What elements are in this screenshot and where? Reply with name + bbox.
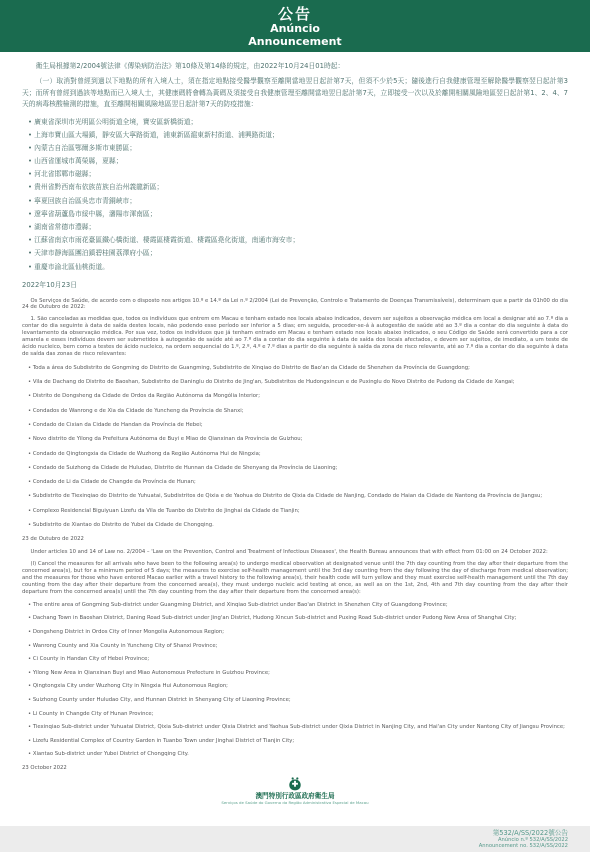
issuer-name-zh: 澳門特別行政區政府衛生局 (22, 792, 568, 800)
risk-area-list-item: Condado de Li da Cidade de Changde da Pr… (28, 479, 568, 486)
risk-area-list-item: 上海市寶山區大場鎮，靜安區大寧路街道，浦東新區滬東新村街道、浦興路街道； (28, 131, 568, 139)
risk-area-list-item: 內蒙古自治區鄂爾多斯市東勝區； (28, 144, 568, 152)
zh-risk-area-list: 廣東省深圳市光明區公明街道全境，寶安區新橋街道；上海市寶山區大場鎮，靜安區大寧路… (22, 118, 568, 271)
risk-area-list-item: Lizefu Residential Complex of Country Ga… (28, 738, 568, 745)
announcement-header: 公告 Anúncio Announcement (0, 0, 590, 52)
zh-intro-paragraph: 衛生局根據第2/2004號法律《傳染病防治法》第10條及第14條的規定，由202… (22, 62, 568, 71)
risk-area-list-item: Subdistrito de Tiexinqiao do Distrito de… (28, 493, 568, 500)
section-english: Under articles 10 and 14 of Law no. 2/20… (22, 549, 568, 771)
risk-area-list-item: 重慶市渝北區仙桃街道。 (28, 263, 568, 271)
risk-area-list-item: Yilong New Area in Qianxinan Buyi and Mi… (28, 670, 568, 677)
announcement-number-en: Announcement no. 532/A/SS/2022 (0, 843, 568, 849)
risk-area-list-item: Qingtongxia City under Wuzhong City in N… (28, 683, 568, 690)
announcement-body: 衛生局根據第2/2004號法律《傳染病防治法》第10條及第14條的規定，由202… (0, 62, 590, 805)
zh-date: 2022年10月23日 (22, 279, 568, 289)
en-measures-paragraph: (I) Cancel the measures for all arrivals… (22, 561, 568, 596)
en-risk-area-list: The entire area of Gongming Sub-district… (22, 602, 568, 758)
macau-health-bureau-logo-icon (288, 777, 302, 791)
announcement-page: 公告 Anúncio Announcement 衛生局根據第2/2004號法律《… (0, 0, 590, 852)
pt-date: 23 de Outubro de 2022 (22, 536, 568, 542)
pt-risk-area-list: Toda a área do Subdistrito de Gongming d… (22, 365, 568, 529)
risk-area-list-item: 廣東省深圳市光明區公明街道全境，寶安區新橋街道； (28, 118, 568, 126)
risk-area-list-item: 湖南省常德市澧縣； (28, 223, 568, 231)
issuer-name-pt: Serviços de Saúde do Governo da Região A… (22, 800, 568, 805)
en-date: 23 October 2022 (22, 765, 568, 771)
risk-area-list-item: 寧夏回族自治區吳忠市青銅峽市； (28, 197, 568, 205)
risk-area-list-item: Xiantao Sub-district under Yubei Distric… (28, 751, 568, 758)
risk-area-list-item: Subdistrito de Xiantao do Distrito de Yu… (28, 522, 568, 529)
risk-area-list-item: 山西省運城市萬榮縣，夏縣； (28, 157, 568, 165)
risk-area-list-item: Tiexinqiao Sub-district under Yuhuatai D… (28, 724, 568, 731)
header-title-pt: Anúncio (0, 23, 590, 35)
risk-area-list-item: Condados de Wanrong e de Xia da Cidade d… (28, 408, 568, 415)
risk-area-list-item: Toda a área do Subdistrito de Gongming d… (28, 365, 568, 372)
risk-area-list-item: Complexo Residencial Biguiyuan Lizefu da… (28, 508, 568, 515)
risk-area-list-item: 遼寧省葫蘆島市綏中縣，瀋陽市渾南區； (28, 210, 568, 218)
risk-area-list-item: The entire area of Gongming Sub-district… (28, 602, 568, 609)
announcement-number-zh: 第532/A/SS/2022號公告 (0, 829, 568, 837)
risk-area-list-item: Dongsheng District in Ordos City of Inne… (28, 629, 568, 636)
risk-area-list-item: Dachang Town in Baoshan District, Daning… (28, 615, 568, 622)
risk-area-list-item: Li County in Changde City of Hunan Provi… (28, 711, 568, 718)
pt-measures-paragraph: 1. São canceladas as medidas que, todos … (22, 316, 568, 357)
pt-intro-paragraph: Os Serviços de Saúde, de acordo com o di… (22, 298, 568, 312)
issuer-block: 澳門特別行政區政府衛生局 Serviços de Saúde do Govern… (22, 777, 568, 805)
header-title-zh: 公告 (0, 5, 590, 23)
risk-area-list-item: Condado de Suizhong da Cidade de Huludao… (28, 465, 568, 472)
reference-footer-band: 第532/A/SS/2022號公告 Anúncio n.º 532/A/SS/2… (0, 826, 590, 852)
risk-area-list-item: Vila de Dachang do Distrito de Baoshan, … (28, 379, 568, 386)
risk-area-list-item: 天津市靜海區團泊鎮碧桂園荔澤府小區； (28, 249, 568, 257)
section-chinese: 衛生局根據第2/2004號法律《傳染病防治法》第10條及第14條的規定，由202… (22, 62, 568, 289)
risk-area-list-item: Suizhong County under Huludao City, and … (28, 697, 568, 704)
header-title-en: Announcement (0, 35, 590, 49)
en-intro-paragraph: Under articles 10 and 14 of Law no. 2/20… (22, 549, 568, 556)
section-portuguese: Os Serviços de Saúde, de acordo com o di… (22, 298, 568, 543)
risk-area-list-item: Condado de Cixian da Cidade de Handan da… (28, 422, 568, 429)
risk-area-list-item: Condado de Qingtongxia da Cidade de Wuzh… (28, 451, 568, 458)
risk-area-list-item: 河北省邯鄲市磁縣； (28, 170, 568, 178)
zh-measures-paragraph: （一）取消對曾經到過以下地點的所有入境人士，須在指定地點接受醫學觀察至離開當地翌… (22, 76, 568, 111)
risk-area-list-item: Distrito de Dongsheng da Cidade de Ordos… (28, 393, 568, 400)
risk-area-list-item: 江蘇省南京市雨花臺區鐵心橋街道、棲霞區棲霞街道、棲霞區堯化街道，南通市海安市； (28, 236, 568, 244)
risk-area-list-item: 貴州省黔西南布依族苗族自治州義龍新區； (28, 183, 568, 191)
risk-area-list-item: Wanrong County and Xia County in Yunchen… (28, 643, 568, 650)
risk-area-list-item: Novo distrito de Yilong da Prefeitura Au… (28, 436, 568, 443)
risk-area-list-item: Ci County in Handan City of Hebei Provin… (28, 656, 568, 663)
